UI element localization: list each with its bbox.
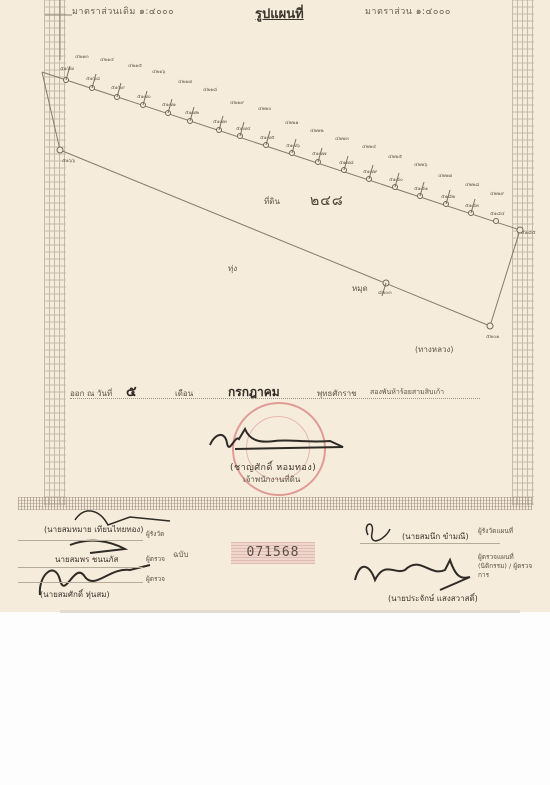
svg-text:๕๒๐๑: ๕๒๐๑ bbox=[486, 334, 499, 340]
svg-text:๕๑๗๓: ๕๑๗๓ bbox=[213, 119, 228, 125]
svg-text:๔๒๒๓: ๔๒๒๓ bbox=[335, 136, 349, 142]
svg-text:๕๑๗๑: ๕๑๗๑ bbox=[162, 102, 176, 108]
surveyor-role: ผู้รังวัด bbox=[146, 530, 164, 539]
west-boundary bbox=[42, 72, 60, 150]
map-surveyor-name: (นายสมนึก ขำมณี) bbox=[402, 530, 469, 543]
svg-text:๕๑๗๐: ๕๑๗๐ bbox=[137, 94, 151, 100]
serial-number: 071568 bbox=[231, 542, 315, 564]
svg-text:๕๑๖๘: ๕๑๖๘ bbox=[86, 76, 100, 82]
official-signature bbox=[205, 425, 355, 455]
parcel-number: ๒๔๘ bbox=[310, 190, 344, 212]
inspector-role: ผู้ตรวจ bbox=[146, 555, 165, 564]
svg-text:๔๒๒๗: ๔๒๒๗ bbox=[438, 173, 452, 179]
svg-text:๔๒๑๙: ๔๒๑๙ bbox=[230, 100, 244, 106]
svg-text:๘๒๐๓: ๘๒๐๓ bbox=[378, 290, 392, 296]
svg-text:๔๒๑๔: ๔๒๑๔ bbox=[100, 57, 114, 63]
map-inspector-role: ผู้ตรวจแผนที่ (นิติกรรม) / ผู้ตรวจการ bbox=[478, 553, 540, 580]
issue-month: กรกฎาคม bbox=[228, 383, 280, 402]
svg-text:๕๑๖๗: ๕๑๖๗ bbox=[60, 66, 74, 72]
inspector-name: นายสมพร ชนนภัส bbox=[55, 553, 118, 566]
map-surveyor-role: ผู้รังวัดแผนที่ bbox=[478, 527, 538, 536]
svg-text:๕๑๗๔: ๕๑๗๔ bbox=[236, 126, 251, 132]
boundary-markers bbox=[57, 78, 523, 330]
svg-text:๕๑๗๙: ๕๑๗๙ bbox=[363, 169, 378, 175]
svg-text:๕๑๗๕: ๕๑๗๕ bbox=[260, 135, 275, 141]
svg-text:๔๒๒๒: ๔๒๒๒ bbox=[310, 128, 324, 134]
date-underline bbox=[70, 398, 480, 399]
marker-label: หมุด bbox=[352, 282, 368, 295]
parcel-label: ที่ดิน bbox=[264, 195, 280, 208]
svg-text:๔๒๑๗: ๔๒๑๗ bbox=[178, 79, 192, 85]
svg-text:๕๑๘๕: ๕๑๘๕ bbox=[521, 230, 536, 236]
svg-text:๕๑๖๖: ๕๑๖๖ bbox=[62, 158, 75, 164]
svg-text:๕๑๗๘: ๕๑๗๘ bbox=[339, 160, 354, 166]
svg-text:๔๒๒๘: ๔๒๒๘ bbox=[465, 182, 479, 188]
svg-text:๔๒๒๖: ๔๒๒๖ bbox=[414, 162, 428, 168]
second-inspector-name: (นายสมศักดิ์ หุ่นสม) bbox=[40, 588, 110, 601]
east-boundary bbox=[490, 230, 520, 326]
svg-text:๔๒๒๑: ๔๒๒๑ bbox=[285, 120, 299, 126]
svg-text:๔๒๑๕: ๔๒๑๕ bbox=[128, 63, 142, 69]
second-inspector-role: ผู้ตรวจ bbox=[146, 575, 165, 584]
svg-text:๕๑๖๙: ๕๑๖๙ bbox=[111, 85, 125, 91]
svg-text:๔๒๒๙: ๔๒๒๙ bbox=[490, 191, 504, 197]
svg-text:๕๑๘๓: ๕๑๘๓ bbox=[465, 203, 480, 209]
svg-text:๔๒๒๕: ๔๒๒๕ bbox=[388, 154, 402, 160]
svg-text:๕๑๘๑: ๕๑๘๑ bbox=[414, 186, 428, 192]
svg-text:๕๑๘๐: ๕๑๘๐ bbox=[389, 177, 403, 183]
svg-text:๔๒๒๔: ๔๒๒๔ bbox=[362, 144, 376, 150]
svg-text:๔๒๑๓: ๔๒๑๓ bbox=[75, 54, 89, 60]
road-label: (ทางหลวง) bbox=[415, 343, 454, 356]
svg-text:๕๑๗๖: ๕๑๗๖ bbox=[286, 143, 300, 149]
issue-year: สองพันห้าร้อยสามสิบเก้า bbox=[370, 387, 444, 398]
north-boundary bbox=[42, 72, 520, 230]
blank-scan-area bbox=[0, 613, 550, 785]
map-inspector-name: (นายประจักษ์ แสงสวาสดิ์) bbox=[388, 592, 478, 605]
svg-text:๕๑๘๔: ๕๑๘๔ bbox=[490, 211, 505, 217]
svg-text:๕๑๗๗: ๕๑๗๗ bbox=[312, 151, 327, 157]
svg-text:๕๑๘๒: ๕๑๘๒ bbox=[441, 194, 455, 200]
svg-text:๔๒๑๘: ๔๒๑๘ bbox=[203, 87, 217, 93]
serial-label: ฉบับ bbox=[173, 548, 189, 561]
svg-text:๔๒๑๖: ๔๒๑๖ bbox=[152, 69, 165, 75]
official-name: (ชาญศักดิ์ หอมทอง) bbox=[230, 460, 316, 474]
svg-text:๔๒๒๐: ๔๒๒๐ bbox=[258, 106, 271, 112]
issue-day: ๕ bbox=[126, 381, 137, 403]
south-boundary bbox=[60, 150, 490, 326]
surveyor-name: (นายสมหมาย เทียนไทยทอง) bbox=[44, 523, 143, 536]
issue-date-row: ออก ณ วันที่ ๕ เดือน กรกฎาคม พุทธศักราช … bbox=[70, 383, 490, 401]
svg-text:๕๑๗๒: ๕๑๗๒ bbox=[185, 110, 199, 116]
official-title: เจ้าพนักงานที่ดิน bbox=[243, 473, 300, 486]
neighbor-label: ทุ่ง bbox=[228, 262, 237, 275]
